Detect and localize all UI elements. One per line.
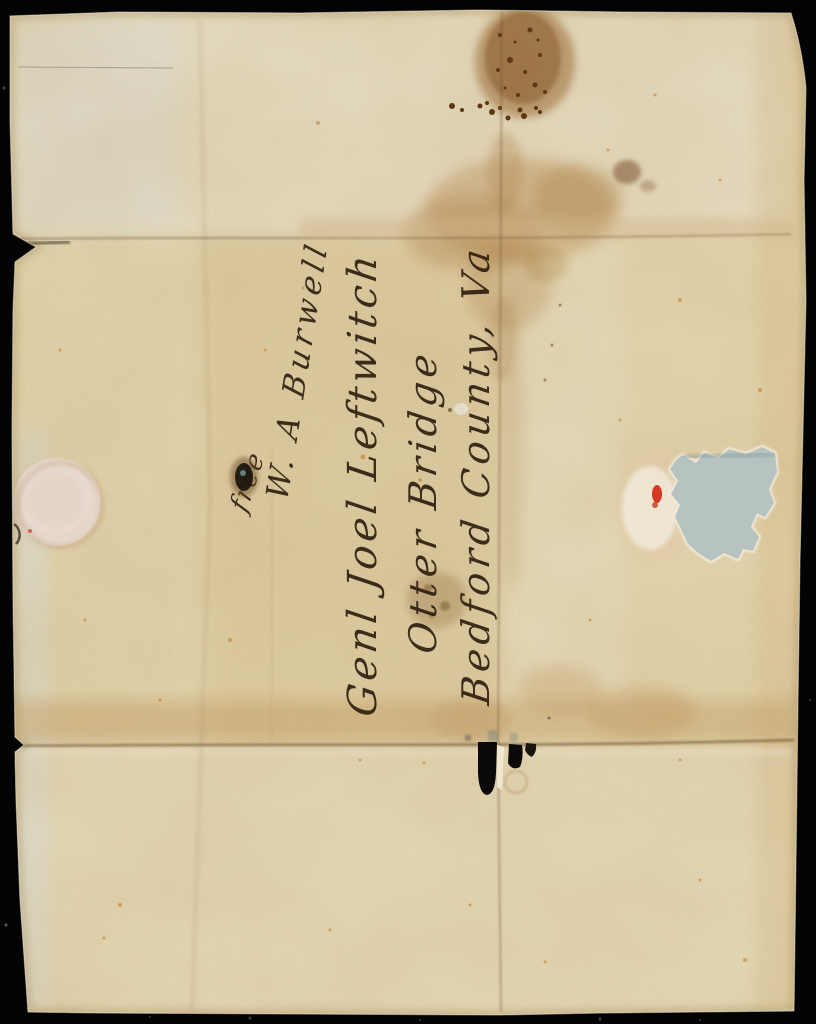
scanned-letter-verso: Genl Joel Leftwitch Otter Bridge Bedford… (0, 0, 816, 1024)
wax-seal-red-trace (652, 485, 662, 503)
wax-seal-tear (614, 447, 777, 561)
tear-hole-medium (508, 744, 523, 768)
